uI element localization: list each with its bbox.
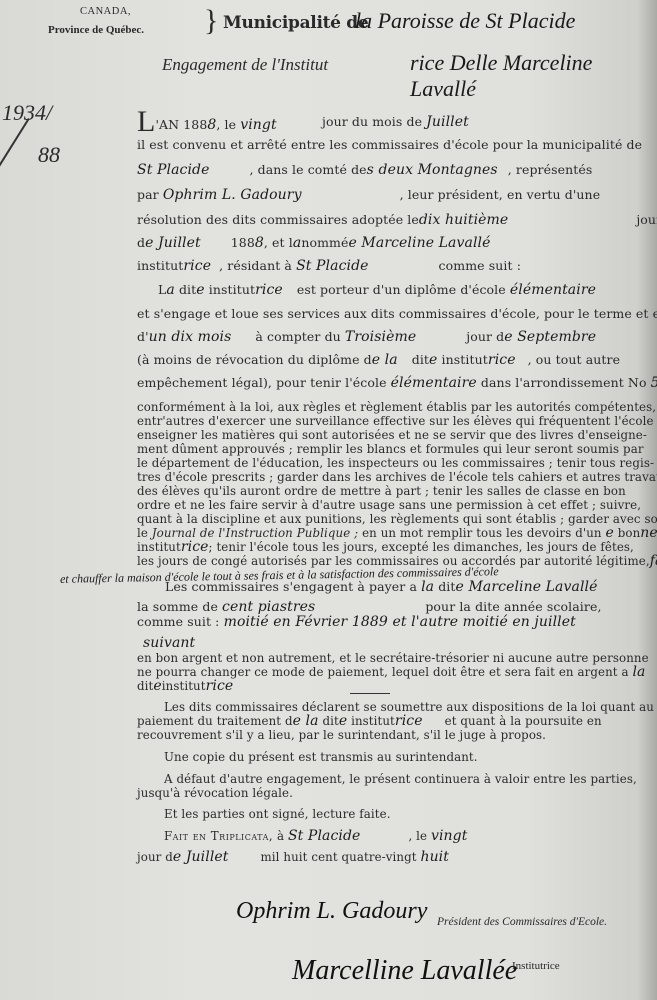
line-defaut-2: jusqu'à révocation légale.	[137, 787, 293, 800]
amount-hw: cent piastres	[222, 599, 315, 615]
place-hw: St Placide	[137, 162, 209, 178]
mil-label: mil huit cent quatre-vingt	[261, 850, 417, 864]
teacher-name-handwritten: rice Delle Marceline Lavallé	[410, 50, 657, 102]
bon-label: bon	[618, 526, 641, 540]
payment-terms-hw: moitié en Février 1889 et l'autre moitié…	[224, 614, 576, 630]
arrondissement-label: dans l'arrondissement No	[481, 375, 647, 390]
residant-label: , résidant à	[219, 258, 292, 273]
dite-label-5: dit	[322, 714, 338, 728]
line-defaut-1: A défaut d'autre engagement, le présent …	[164, 773, 637, 786]
la-hw: a	[166, 282, 174, 298]
county-hw: s deux Montagnes	[367, 162, 498, 178]
line-president: par Ophrim L. Gadoury, leur président, e…	[137, 188, 600, 202]
journal-title: Journal de l'Instruction Publique ;	[152, 526, 358, 540]
teacher-caption: Institutrice	[512, 960, 560, 972]
signing-day-hw: vingt	[431, 828, 468, 844]
term-hw: un dix mois	[149, 329, 232, 345]
start-day-hw: Troisième	[345, 329, 416, 345]
inst-label-6: institut	[351, 714, 395, 728]
school-type-hw: élémentaire	[391, 375, 477, 391]
argent-text: ne pourra changer ce mode de paiement, l…	[137, 665, 629, 679]
line-terme: d'un dix moisà compter du Troisièmejour …	[137, 330, 596, 344]
signing-place-hw: St Placide	[288, 828, 360, 844]
le-label: , le	[216, 117, 236, 132]
start-month-hw: e Septembre	[504, 329, 596, 345]
line-convenu: il est convenu et arrêté entre les commi…	[137, 138, 642, 152]
an-label: 'AN 188	[155, 117, 207, 132]
rep-label: , représentés	[508, 162, 593, 177]
revocation-label: (à moins de révocation du diplôme d	[137, 352, 372, 367]
inst-hw-6: rice	[395, 713, 423, 729]
inst-label-2: institut	[209, 282, 255, 297]
resolution-date-hw: dix huitième	[419, 212, 508, 228]
dite-label-4: dit	[137, 679, 153, 693]
para-line: conformément à la loi, aux règles et règ…	[137, 401, 656, 414]
line-jour-final: jour de Juilletmil huit cent quatre-ving…	[137, 851, 449, 864]
municipality-label: Municipalité de	[223, 13, 368, 33]
district-number-hw: 5	[651, 375, 657, 391]
line-month: jour du mois de Juillet	[322, 115, 469, 129]
section-divider	[350, 693, 390, 694]
empechement-label: empêchement légal), pour tenir l'école	[137, 375, 387, 390]
journal-rest: en un mot remplir tous les devoirs d'un	[362, 526, 602, 540]
country-label: CANADA,	[80, 6, 131, 17]
province-label: Province de Québec.	[48, 24, 144, 36]
line-resolution: résolution des dits commissaires adoptée…	[137, 213, 657, 227]
somme-rest: pour la dite année scolaire,	[425, 599, 601, 614]
decl-rest: et quant à la poursuite en	[445, 714, 602, 728]
comte-label: , dans le comté de	[249, 162, 366, 177]
revocation-hw-1: e la	[372, 352, 398, 368]
dite-label-3: dit	[438, 579, 455, 594]
line-fait: Fait en Triplicata, à St Placide, le vin…	[164, 830, 467, 843]
par-label: par	[137, 187, 159, 202]
president-signature: Ophrim L. Gadoury	[236, 898, 427, 925]
d-label: d	[137, 235, 145, 250]
argent-hw: la	[632, 664, 645, 680]
payer-label: Les commissaires s'engagent à payer a	[165, 579, 417, 594]
diploma-hw: élémentaire	[510, 282, 596, 298]
fait-label: Fait en Triplicata,	[164, 829, 273, 843]
line-argent-3: diteinstitutrice	[137, 680, 233, 693]
le-label-2: le	[137, 526, 148, 540]
president-hw: Ophrim L. Gadoury	[163, 187, 302, 203]
inst-hw-4: rice	[181, 539, 209, 555]
line-copie: Une copie du présent est transmis au sur…	[164, 751, 478, 764]
signing-month-hw: e Juillet	[173, 849, 229, 865]
inst-hw-3: rice	[488, 352, 516, 368]
line-comte: St Placide, dans le comté des deux Monta…	[137, 163, 592, 177]
inst-label-5: institut	[162, 679, 206, 693]
day-hw: vingt	[240, 117, 277, 133]
year-label: 188	[231, 235, 255, 250]
resolution-label: résolution des dits commissaires adoptée…	[137, 212, 419, 227]
conge-hw: faire	[650, 553, 657, 569]
line-decl-3: recouvrement s'il y a lieu, par le surin…	[137, 729, 546, 742]
line-year: L'AN 1888, le vingt	[137, 108, 277, 136]
tenir-rest: ; tenir l'école tous les jours, excepté …	[209, 540, 634, 554]
nomme-label: nommé	[301, 235, 348, 250]
para-line: entr'autres d'exercer une surveillance e…	[137, 415, 657, 428]
line-nomme: de Juillet1888, et lanommée Marceline La…	[137, 236, 490, 250]
president-rest: , leur président, en vertu d'une	[400, 187, 601, 202]
et-label: , et l	[264, 235, 293, 250]
d-label-2: d'	[137, 329, 149, 344]
dite-hw: e	[196, 282, 204, 298]
line-signe: Et les parties ont signé, lecture faite.	[164, 808, 391, 821]
dite-hw-2: e	[429, 352, 437, 368]
drop-cap: L	[137, 105, 155, 138]
inst-hw-2: rice	[255, 282, 283, 298]
para-line: quant à la discipline et aux punitions, …	[137, 513, 657, 526]
jour-label: jour du mois de	[322, 114, 422, 129]
decl-label: paiement du traitement d	[137, 714, 293, 728]
line-suivant: suivant	[143, 636, 195, 650]
year-hw-2: 8	[255, 235, 264, 251]
line-empechement: empêchement légal), pour tenir l'école é…	[137, 376, 657, 390]
line-payer: Les commissaires s'engagent à payer a la…	[165, 580, 598, 594]
line-argent-1: en bon argent et non autrement, et le se…	[137, 652, 649, 665]
teacher-name-hw: e Marceline Lavallé	[349, 235, 491, 251]
para-line: ment dûment approuvés ; remplir les blan…	[137, 443, 644, 456]
le-label-3: , le	[408, 829, 427, 843]
line-comme-suit: comme suit : moitié en Février 1889 et l…	[137, 615, 576, 629]
journal-hw-2: ne	[640, 525, 657, 541]
para-line: enseigner les matières qui sont autorisé…	[137, 429, 647, 442]
comme-suit-label: comme suit :	[439, 258, 521, 273]
a-label: à	[277, 829, 284, 843]
inst-hw: rice	[183, 258, 211, 274]
jour-label-3: jour d	[466, 329, 504, 344]
inst-hw-5: rice	[206, 678, 234, 694]
line-tenir: institutrice; tenir l'école tous les jou…	[137, 541, 634, 554]
header-brace: }	[204, 4, 218, 38]
line-decl-2: paiement du traitement de la dite instit…	[137, 715, 602, 728]
comme-suit-label-2: comme suit :	[137, 614, 219, 629]
para-line: ordre et ne les faire servir à d'autre u…	[137, 499, 641, 512]
dite-hw-5: e	[339, 713, 347, 729]
para-line: des élèves qu'ils auront ordre de mettre…	[137, 485, 626, 498]
line-residant: institutrice, résidant à St Placidecomme…	[137, 259, 521, 273]
teacher-signature: Marcelline Lavallée	[292, 955, 517, 987]
month-hw: Juillet	[426, 114, 469, 130]
line-engage: et s'engage et loue ses services aux dit…	[137, 307, 657, 321]
line-revocation: (à moins de révocation du diplôme de lad…	[137, 353, 620, 367]
payee-name-hw: e Marceline Lavallé	[456, 579, 598, 595]
signing-year-hw: huit	[420, 849, 449, 865]
revocation-rest: , ou tout autre	[528, 352, 621, 367]
municipality-handwritten: la Paroisse de St Placide	[355, 8, 575, 34]
inst-label-3: institut	[442, 352, 488, 367]
jour-label-2: jour	[636, 212, 657, 227]
dite-label-2: dit	[412, 352, 429, 367]
document-page: CANADA, Province de Québec. } Municipali…	[0, 0, 657, 1000]
payer-hw-1: la	[421, 579, 434, 595]
compter-label: à compter du	[255, 329, 340, 344]
line-journal: le Journal de l'Instruction Publique ; e…	[137, 527, 657, 540]
line-somme: la somme de cent piastrespour la dite an…	[137, 600, 602, 614]
jour-label-4: jour d	[137, 850, 173, 864]
para-line: tres d'école prescrits ; garder dans les…	[137, 471, 657, 484]
inst-label-4: institut	[137, 540, 181, 554]
dite-label: dit	[179, 282, 196, 297]
dite-hw-4: e	[153, 678, 161, 694]
document-title: Engagement de l'Institut	[162, 55, 328, 75]
suivant-hw: suivant	[143, 635, 195, 651]
president-caption: Président des Commissaires d'Ecole.	[437, 916, 607, 928]
margin-note-year: 88	[38, 142, 60, 168]
inst-label: institut	[137, 258, 183, 273]
para-line: le département de l'éducation, les inspe…	[137, 457, 654, 470]
res-month-hw: e Juillet	[145, 235, 201, 251]
decl-hw-1: e la	[293, 713, 319, 729]
somme-label: la somme de	[137, 599, 218, 614]
line-diplome: La dite institutriceest porteur d'un dip…	[158, 283, 596, 297]
residence-hw: St Placide	[296, 258, 368, 274]
porteur-label: est porteur d'un diplôme d'école	[297, 282, 506, 297]
journal-hw-1: e	[605, 525, 613, 541]
